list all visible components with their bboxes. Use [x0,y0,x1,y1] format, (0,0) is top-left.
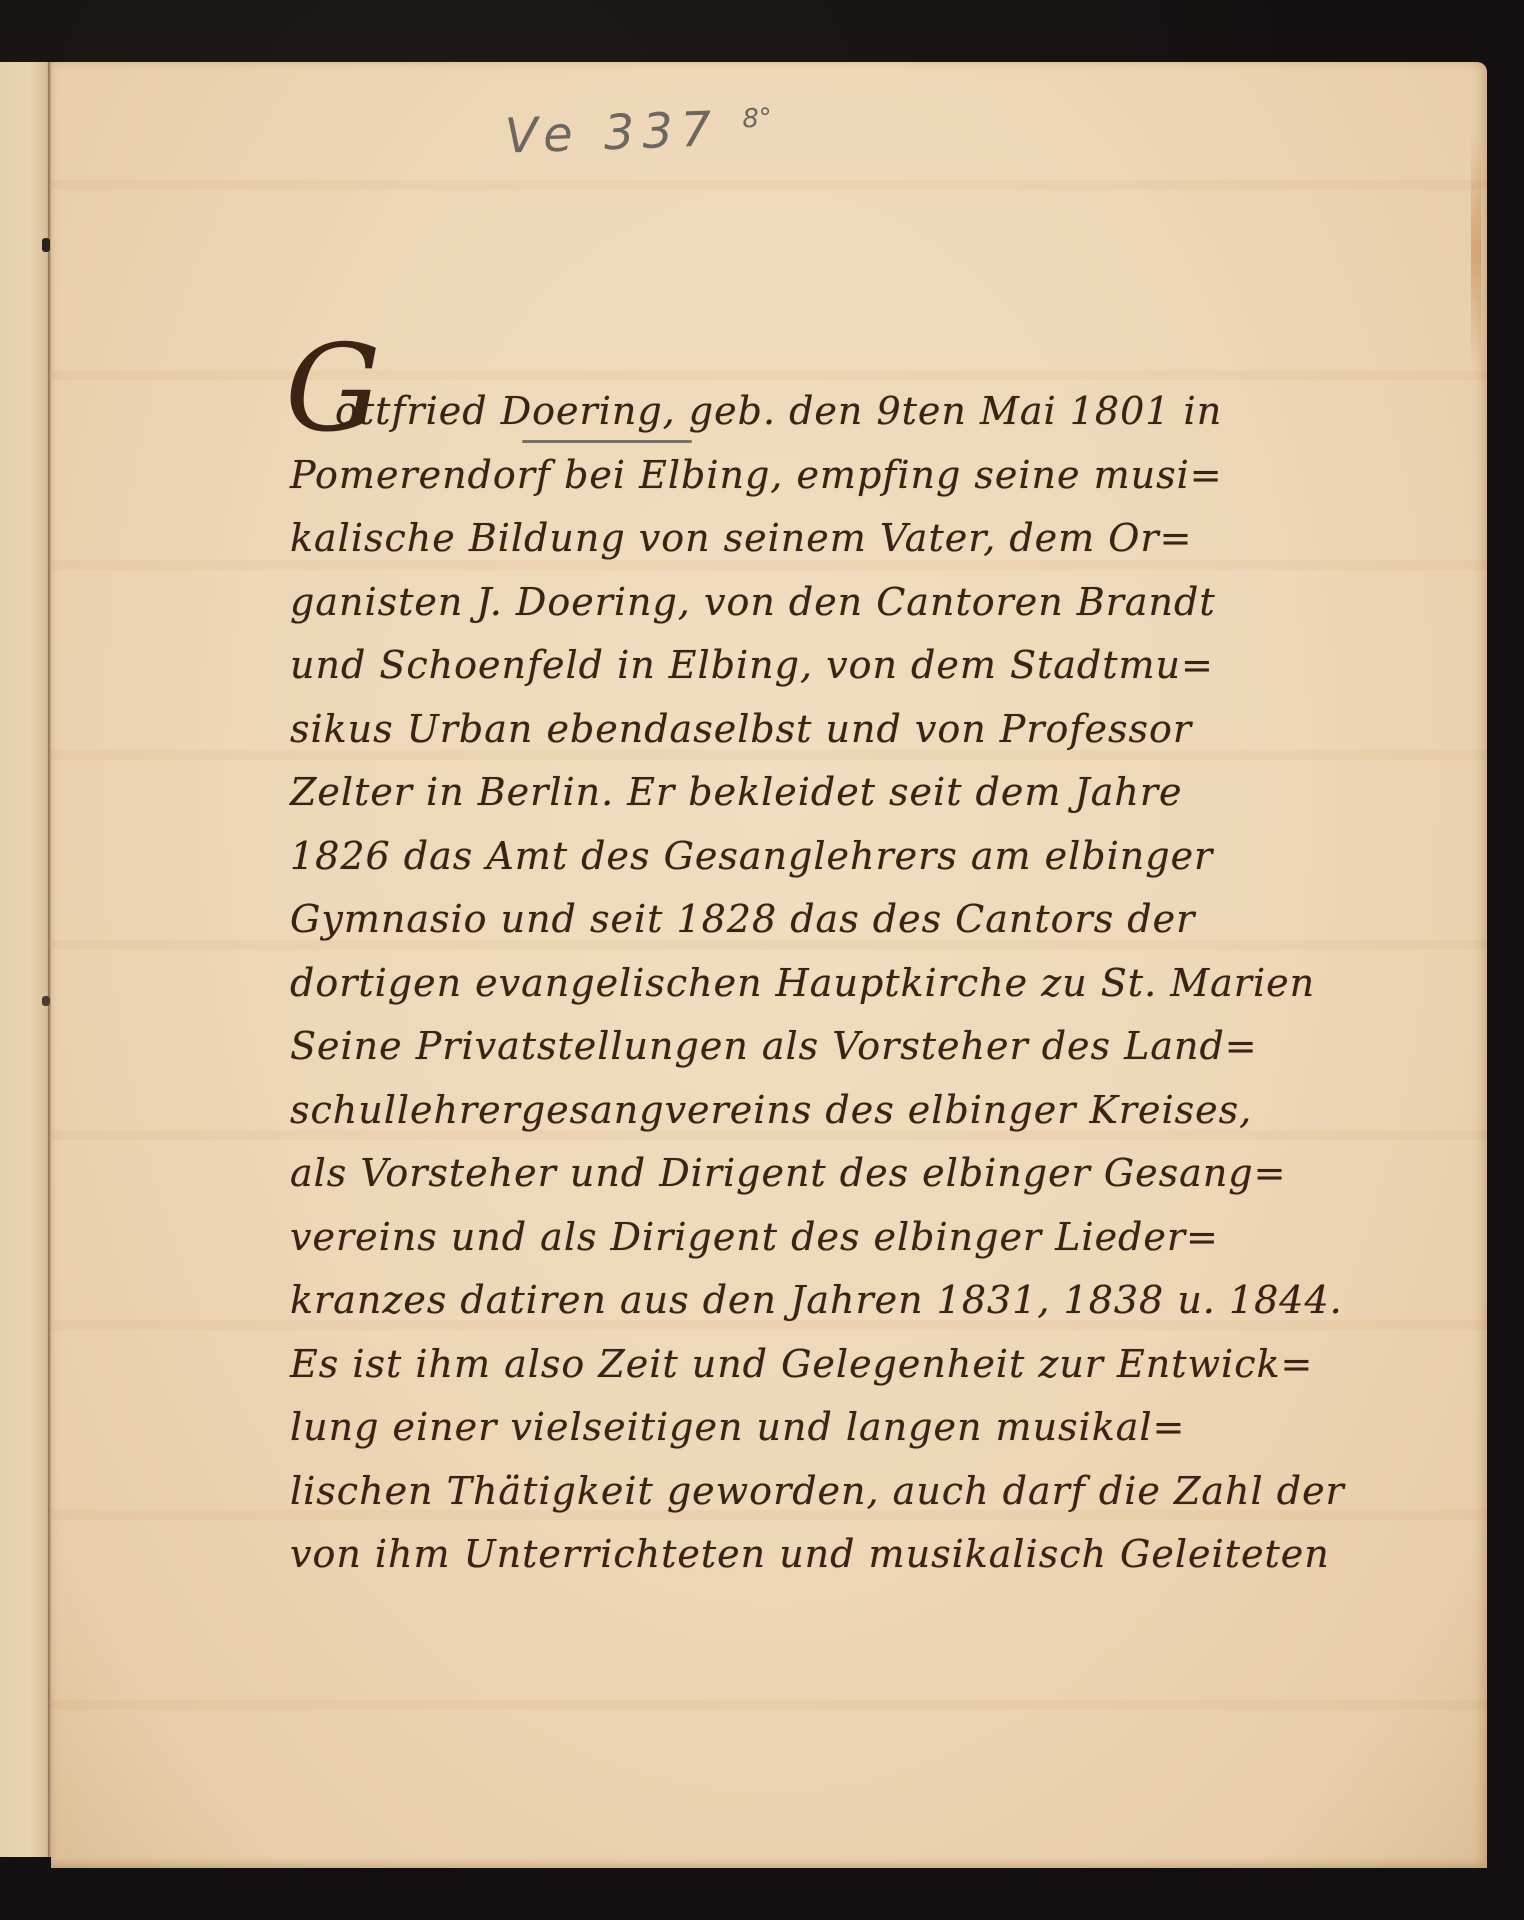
text-line-18: lischen Thätigkeit geworden, auch darf d… [290,1460,1470,1524]
shelfmark-format: 8° [742,103,773,134]
shelfmark-number: Ve 337 [504,101,720,164]
text-line-8: 1826 das Amt des Gesanglehrers am elbing… [290,825,1470,889]
text-line-6: sikus Urban ebendaselbst und von Profess… [290,698,1470,762]
text-line-4: ganisten J. Doering, von den Cantoren Br… [290,571,1470,635]
text-line-2: Pomerendorf bei Elbing, empfing seine mu… [290,444,1470,508]
pencil-underline [522,440,692,443]
text-line-11: Seine Privatstellungen als Vorsteher des… [290,1015,1470,1079]
text-line-10: dortigen evangelischen Hauptkirche zu St… [290,952,1470,1016]
text-line-9: Gymnasio und seit 1828 das des Cantors d… [290,888,1470,952]
text-line-15: kranzes datiren aus den Jahren 1831, 183… [290,1269,1470,1333]
binding-hole-top [42,238,50,252]
binding-hole-middle [42,996,50,1006]
manuscript-text: G ottfried Doering, geb. den 9ten Mai 18… [290,380,1470,1587]
text-line-13: als Vorsteher und Dirigent des elbinger … [290,1142,1470,1206]
text-line-16: Es ist ihm also Zeit und Gelegenheit zur… [290,1333,1470,1397]
text-line-12: schullehrergesangvereins des elbinger Kr… [290,1079,1470,1143]
shelfmark-annotation: Ve 337 8° [504,99,773,164]
text-line-17: lung einer vielseitigen und langen musik… [290,1396,1470,1460]
text-line-14: vereins und als Dirigent des elbinger Li… [290,1206,1470,1270]
text-line-7: Zelter in Berlin. Er bekleidet seit dem … [290,761,1470,825]
edge-stain [1471,132,1481,372]
text-line-3: kalische Bildung von seinem Vater, dem O… [290,507,1470,571]
text-line-19: von ihm Unterrichteten und musikalisch G… [290,1523,1470,1587]
text-line-1: ottfried Doering, geb. den 9ten Mai 1801… [290,380,1470,444]
facing-page-edge [0,62,50,1857]
text-line-5: und Schoenfeld in Elbing, von dem Stadtm… [290,634,1470,698]
